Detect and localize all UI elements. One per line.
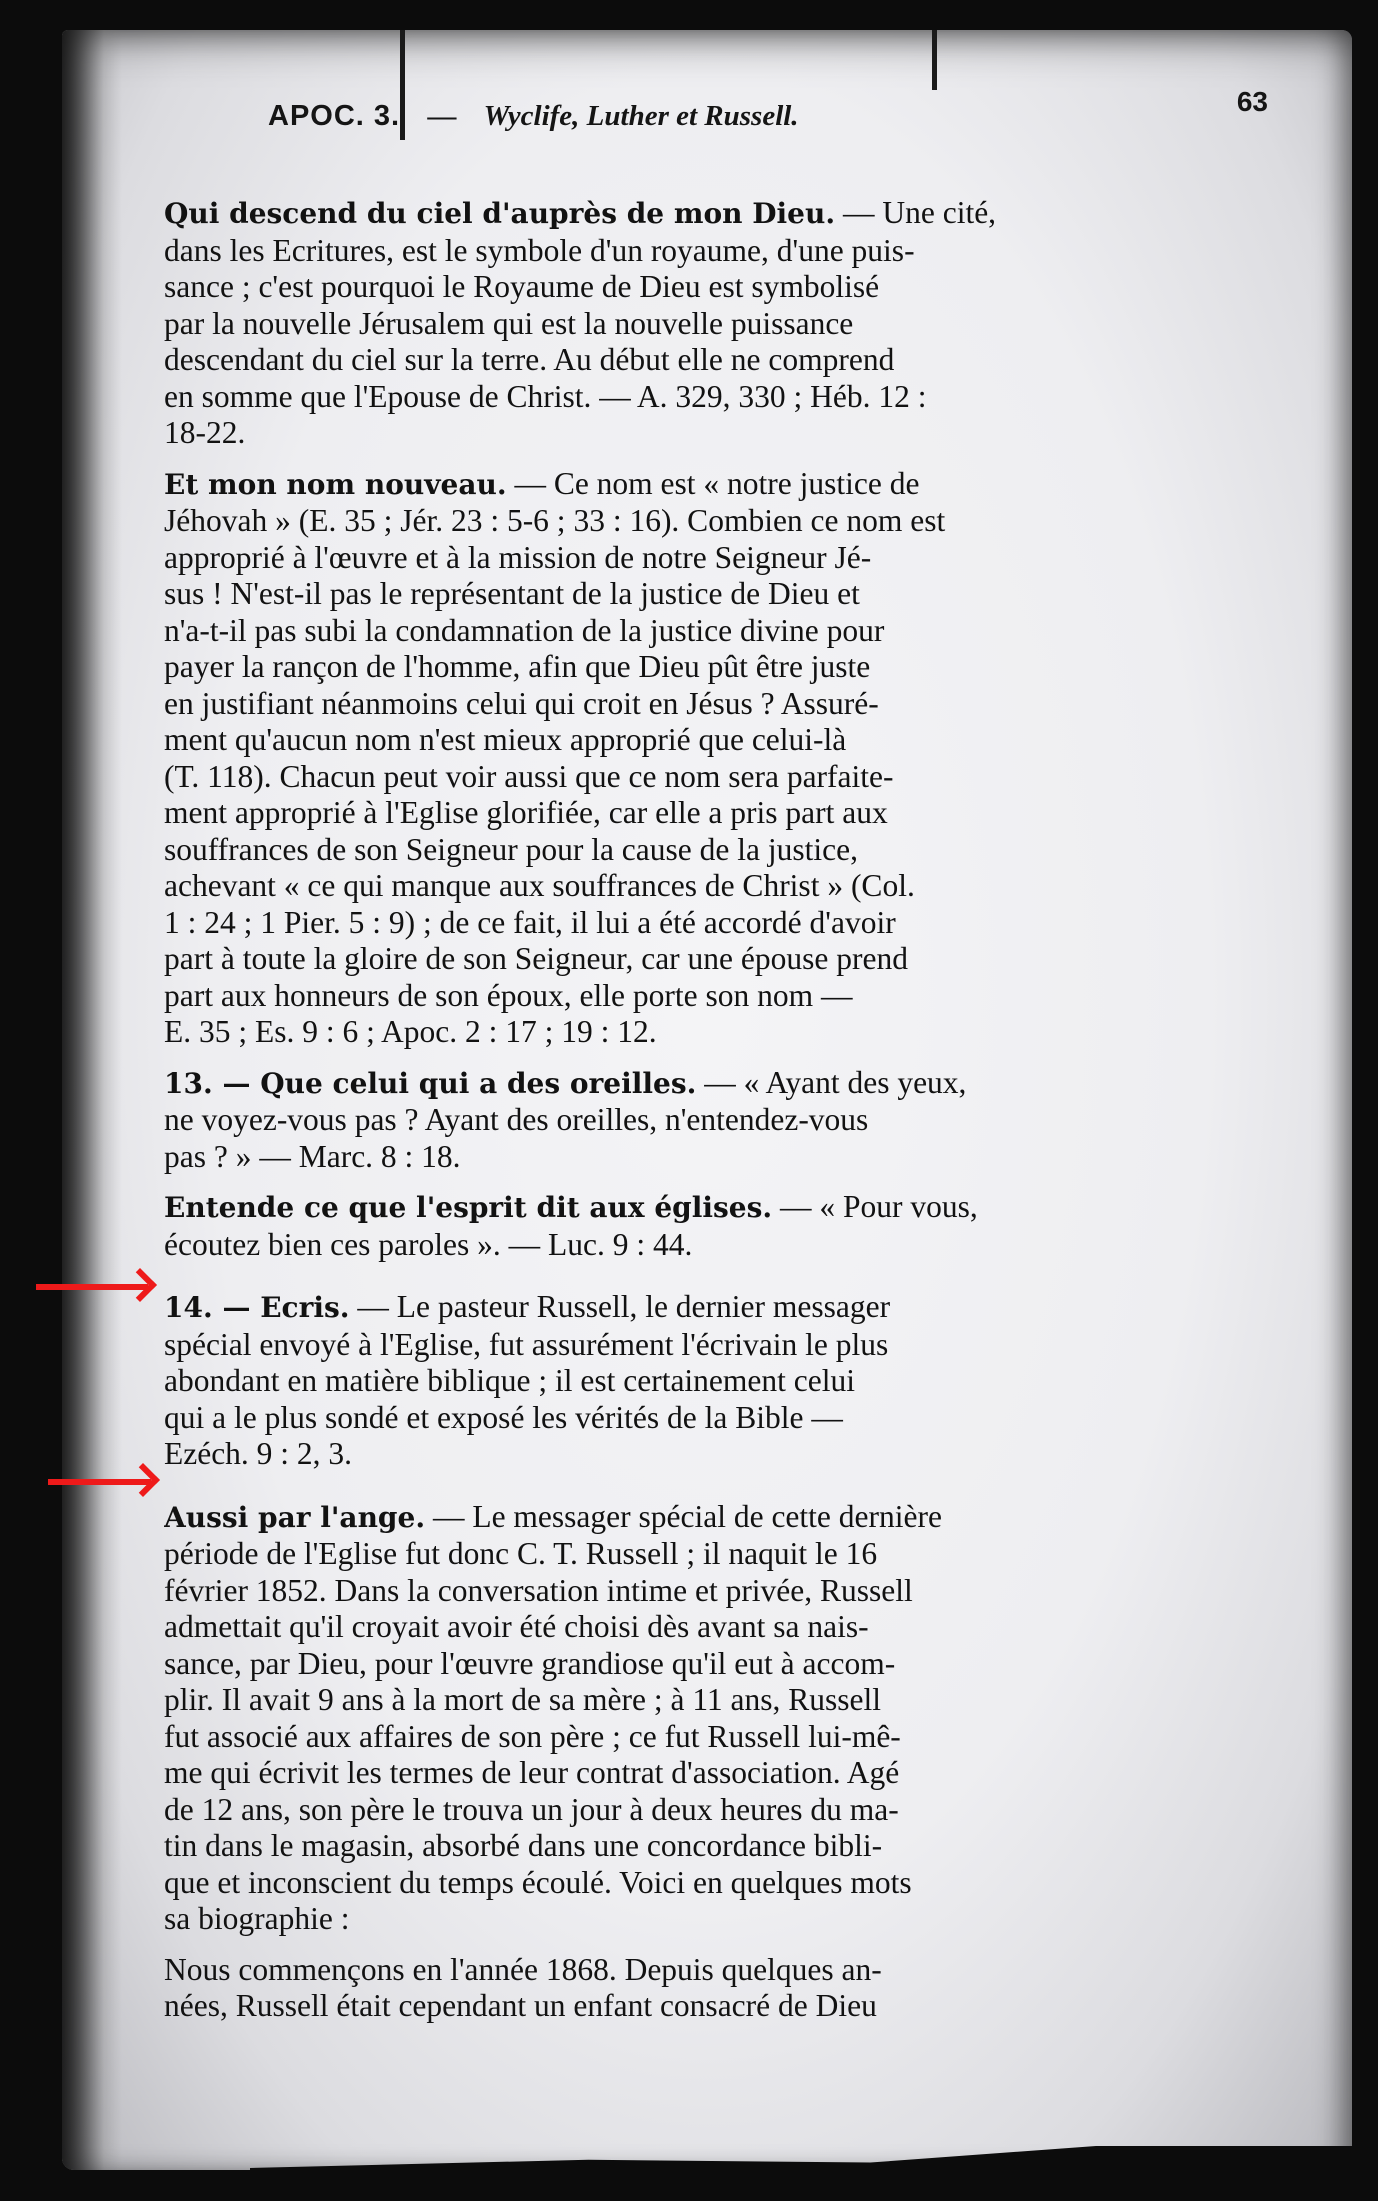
text-line: 13. — Que celui qui a des oreilles. — « … bbox=[164, 1065, 1164, 1103]
text-line: part aux honneurs de son époux, elle por… bbox=[164, 978, 1164, 1015]
text-line: spécial envoyé à l'Eglise, fut assurémen… bbox=[164, 1327, 1164, 1364]
text-line: Nous commençons en l'année 1868. Depuis … bbox=[164, 1952, 1164, 1989]
paragraph-lead: Qui descend du ciel d'auprès de mon Dieu… bbox=[164, 197, 835, 230]
text-line: ment approprié à l'Eglise glorifiée, car… bbox=[164, 795, 1164, 832]
paragraph-lead: Aussi par l'ange. bbox=[164, 1501, 425, 1534]
paragraph-lead: 14. — Ecris. bbox=[164, 1291, 350, 1324]
paragraph-aussi-par-lange: Aussi par l'ange. — Le messager spécial … bbox=[164, 1499, 1164, 1938]
text-line: Et mon nom nouveau. — Ce nom est « notre… bbox=[164, 466, 1164, 504]
text-line: Jéhovah » (E. 35 ; Jér. 23 : 5-6 ; 33 : … bbox=[164, 503, 1164, 540]
text-line: — Ce nom est « notre justice de bbox=[507, 466, 920, 501]
text-line: Qui descend du ciel d'auprès de mon Dieu… bbox=[164, 195, 1164, 233]
text-line: souffrances de son Seigneur pour la caus… bbox=[164, 832, 1164, 869]
text-line: E. 35 ; Es. 9 : 6 ; Apoc. 2 : 17 ; 19 : … bbox=[164, 1014, 1164, 1051]
text-line: de 12 ans, son père le trouva un jour à … bbox=[164, 1792, 1164, 1829]
text-line: — Le pasteur Russell, le dernier message… bbox=[350, 1289, 891, 1324]
text-line: nées, Russell était cependant un enfant … bbox=[164, 1988, 1164, 2025]
chapter-reference: APOC. 3. bbox=[268, 100, 400, 132]
text-line: par la nouvelle Jérusalem qui est la nou… bbox=[164, 306, 1164, 343]
paragraph-lead: 13. — Que celui qui a des oreilles. bbox=[164, 1067, 696, 1100]
header-dash: — bbox=[427, 100, 456, 132]
text-line: sus ! N'est-il pas le représentant de la… bbox=[164, 576, 1164, 613]
text-line: dans les Ecritures, est le symbole d'un … bbox=[164, 233, 1164, 270]
text-line: n'a-t-il pas subi la condamnation de la … bbox=[164, 613, 1164, 650]
paragraph-verse-13: 13. — Que celui qui a des oreilles. — « … bbox=[164, 1065, 1164, 1176]
paragraph-nous-commencons: Nous commençons en l'année 1868. Depuis … bbox=[164, 1952, 1164, 2025]
text-line: — Une cité, bbox=[835, 195, 996, 230]
text-line: tin dans le magasin, absorbé dans une co… bbox=[164, 1828, 1164, 1865]
text-line: — « Pour vous, bbox=[772, 1189, 978, 1224]
paragraph-lead: Et mon nom nouveau. bbox=[164, 468, 507, 501]
text-line: (T. 118). Chacun peut voir aussi que ce … bbox=[164, 759, 1164, 796]
text-line: qui a le plus sondé et exposé les vérité… bbox=[164, 1400, 1164, 1437]
text-line: approprié à l'œuvre et à la mission de n… bbox=[164, 540, 1164, 577]
paragraph-lead: Entende ce que l'esprit dit aux églises. bbox=[164, 1191, 772, 1224]
text-line: février 1852. Dans la conversation intim… bbox=[164, 1573, 1164, 1610]
text-line: en somme que l'Epouse de Christ. — A. 32… bbox=[164, 379, 1164, 416]
body-text: Qui descend du ciel d'auprès de mon Dieu… bbox=[164, 195, 1164, 2039]
text-line: payer la rançon de l'homme, afin que Die… bbox=[164, 649, 1164, 686]
text-line: Aussi par l'ange. — Le messager spécial … bbox=[164, 1499, 1164, 1537]
text-line: descendant du ciel sur la terre. Au débu… bbox=[164, 342, 1164, 379]
page-crease bbox=[932, 30, 937, 90]
paragraph-nom-nouveau: Et mon nom nouveau. — Ce nom est « notre… bbox=[164, 466, 1164, 1051]
paragraph-verse-14-ecris: 14. — Ecris. — Le pasteur Russell, le de… bbox=[164, 1289, 1164, 1473]
text-line: période de l'Eglise fut donc C. T. Russe… bbox=[164, 1536, 1164, 1573]
text-line: me qui écrivit les termes de leur contra… bbox=[164, 1755, 1164, 1792]
paragraph-entende: Entende ce que l'esprit dit aux églises.… bbox=[164, 1189, 1164, 1263]
text-line: Entende ce que l'esprit dit aux églises.… bbox=[164, 1189, 1164, 1227]
running-header: APOC. 3. — Wyclife, Luther et Russell. 6… bbox=[268, 100, 1268, 133]
text-line: écoutez bien ces paroles ». — Luc. 9 : 4… bbox=[164, 1227, 1164, 1264]
text-line: plir. Il avait 9 ans à la mort de sa mèr… bbox=[164, 1682, 1164, 1719]
text-line: — « Ayant des yeux, bbox=[696, 1065, 966, 1100]
text-line: pas ? » — Marc. 8 : 18. bbox=[164, 1139, 1164, 1176]
red-arrow-annotation-icon bbox=[48, 1479, 151, 1485]
text-line: part à toute la gloire de son Seigneur, … bbox=[164, 941, 1164, 978]
text-line: sance ; c'est pourquoi le Royaume de Die… bbox=[164, 269, 1164, 306]
text-line: sa biographie : bbox=[164, 1901, 1164, 1938]
red-arrow-annotation-icon bbox=[36, 1284, 148, 1290]
text-line: abondant en matière biblique ; il est ce… bbox=[164, 1363, 1164, 1400]
text-line: sance, par Dieu, pour l'œuvre grandiose … bbox=[164, 1646, 1164, 1683]
text-line: fut associé aux affaires de son père ; c… bbox=[164, 1719, 1164, 1756]
text-line: 18-22. bbox=[164, 415, 1164, 452]
page-number: 63 bbox=[1237, 86, 1268, 118]
text-line: ment qu'aucun nom n'est mieux approprié … bbox=[164, 722, 1164, 759]
paragraph-qui-descend: Qui descend du ciel d'auprès de mon Dieu… bbox=[164, 195, 1164, 452]
text-line: en justifiant néanmoins celui qui croit … bbox=[164, 686, 1164, 723]
text-line: 14. — Ecris. — Le pasteur Russell, le de… bbox=[164, 1289, 1164, 1327]
text-line: Ezéch. 9 : 2, 3. bbox=[164, 1436, 1164, 1473]
running-title: Wyclife, Luther et Russell. bbox=[484, 100, 799, 132]
text-line: que et inconscient du temps écoulé. Voic… bbox=[164, 1865, 1164, 1902]
text-line: achevant « ce qui manque aux souffrances… bbox=[164, 868, 1164, 905]
text-line: admettait qu'il croyait avoir été choisi… bbox=[164, 1609, 1164, 1646]
text-line: — Le messager spécial de cette dernière bbox=[425, 1499, 942, 1534]
text-line: ne voyez-vous pas ? Ayant des oreilles, … bbox=[164, 1102, 1164, 1139]
text-line: 1 : 24 ; 1 Pier. 5 : 9) ; de ce fait, il… bbox=[164, 905, 1164, 942]
